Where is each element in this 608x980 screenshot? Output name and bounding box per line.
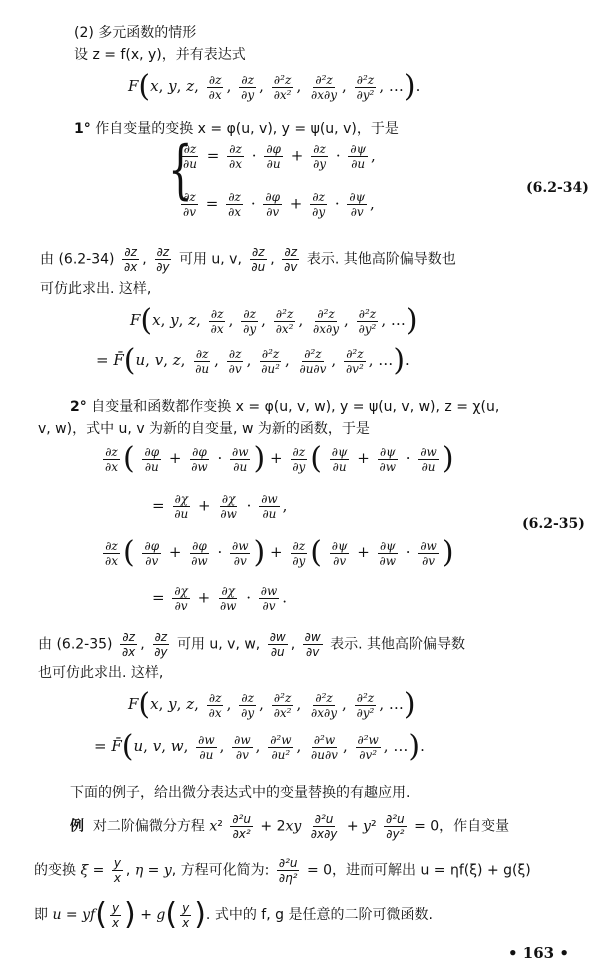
case1-follow-line2: 可仿此求出. 这样, [40,280,151,298]
case2-F-line: F(x, y, z, ∂z∂x, ∂z∂y, ∂²z∂x², ∂²z∂x∂y, … [128,690,416,720]
example-line2: 的变换 ξ = yx, η = y, 方程可化简为: ∂²u∂η² = 0，进而… [34,856,531,885]
case2-line1: 2° 自变量和函数都作变换 x = φ(u, v, w), y = ψ(u, v… [70,398,499,416]
eq-6.2-35-row3: ∂z∂x( ∂φ∂v + ∂φ∂w · ∂w∂v) + ∂z∂y( ∂ψ∂v +… [100,538,454,568]
page-number: • 163 • [508,944,569,962]
eq-6.2-35-row1: ∂z∂x( ∂φ∂u + ∂φ∂w · ∂w∂u) + ∂z∂y( ∂ψ∂u +… [100,444,454,474]
equation-number-6.2-35: (6.2-35) [522,516,585,532]
case1-F-line: F(x, y, z, ∂z∂x, ∂z∂y, ∂²z∂x², ∂²z∂x∂y, … [130,306,418,336]
example-intro: 下面的例子，给出微分表达式中的变量替换的有趣应用. [70,784,410,802]
case1-follow-line1: 由 (6.2-34) ∂z∂x, ∂z∂y 可用 u, v, ∂z∂u, ∂z∂… [40,245,456,274]
eq-6.2-35-row4: = ∂χ∂v + ∂χ∂w · ∂w∂v. [152,584,287,613]
intro-line: 设 z = f(x, y)，并有表达式 [74,46,246,64]
case1-Fbar-line: = F̄(u, v, z, ∂z∂u, ∂z∂v, ∂²z∂u², ∂²z∂u∂… [96,346,410,376]
example-line3: 即 u = yf(yx) + g(yx). 式中的 f, g 是任意的二阶可微函… [34,900,433,930]
equation-number-6.2-34: (6.2-34) [526,180,589,196]
eq-6.2-34-row1: ∂z∂u = ∂z∂x · ∂φ∂u + ∂z∂y · ∂ψ∂u, [178,142,376,171]
case1-text: 作自变量的变换 x = φ(u, v), y = ψ(u, v)，于是 [95,121,399,137]
case2-follow-line2: 也可仿此求出. 这样, [38,664,163,682]
section-heading: (2) 多元函数的情形 [74,24,196,42]
case1-heading: 1° 作自变量的变换 x = φ(u, v), y = ψ(u, v)，于是 [74,120,399,138]
case2-line2: v, w)，式中 u, v 为新的自变量, w 为新的函数，于是 [38,420,370,438]
case2-Fbar-line: = F̄(u, v, w, ∂w∂u, ∂w∂v, ∂²w∂u², ∂²w∂u∂… [94,732,425,762]
eq-6.2-35-row2: = ∂χ∂u + ∂χ∂w · ∂w∂u, [152,492,287,521]
case2-follow-line1: 由 (6.2-35) ∂z∂x, ∂z∂y 可用 u, v, w, ∂w∂u, … [38,630,465,659]
example-line1: 例 对二阶偏微分方程 x² ∂²u∂x² + 2xy ∂²u∂x∂y + y² … [70,812,509,841]
expression-F-1: F(x, y, z, ∂z∂x, ∂z∂y, ∂²z∂x², ∂²z∂x∂y, … [128,72,420,102]
case1-label: 1° [74,121,91,137]
eq-6.2-34-row2: ∂z∂v = ∂z∂x · ∂φ∂v + ∂z∂y · ∂ψ∂v, [178,190,375,219]
